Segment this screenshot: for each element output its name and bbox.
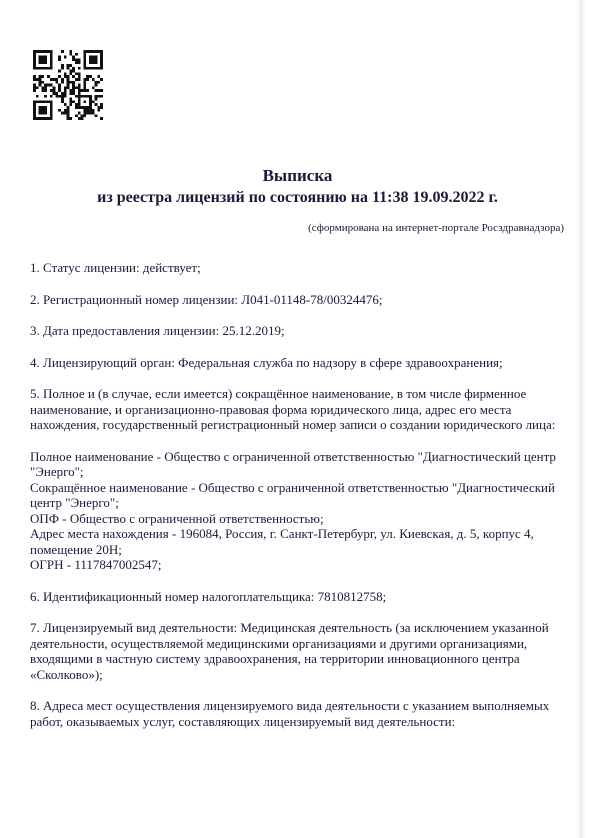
title-line-1: Выписка	[30, 165, 565, 187]
qr-code-icon	[33, 50, 103, 120]
paragraph-activity-addresses: 8. Адреса мест осуществления лицензируем…	[30, 698, 588, 729]
paragraph-entity-names-intro: 5. Полное и (в случае, если имеется) сок…	[30, 386, 588, 433]
paragraph-status: 1. Статус лицензии: действует;	[30, 260, 588, 276]
paragraph-taxpayer-number: 6. Идентификационный номер налогоплатель…	[30, 589, 588, 605]
title-line-2: из реестра лицензий по состоянию на 11:3…	[30, 187, 565, 209]
paragraph-registration-number: 2. Регистрационный номер лицензии: Л041-…	[30, 292, 588, 308]
document-subtitle: (сформирована на интернет-портале Росздр…	[30, 221, 564, 235]
paragraph-grant-date: 3. Дата предоставления лицензии: 25.12.2…	[30, 323, 588, 339]
document-title: Выписка из реестра лицензий по состоянию…	[30, 165, 565, 209]
paragraph-entity-details: Полное наименование - Общество с огранич…	[30, 449, 588, 573]
document-body: 1. Статус лицензии: действует; 2. Регист…	[30, 260, 588, 745]
license-extract-page: Выписка из реестра лицензий по состоянию…	[0, 0, 592, 838]
paragraph-licensed-activity: 7. Лицензируемый вид деятельности: Медиц…	[30, 620, 588, 682]
paragraph-licensing-authority: 4. Лицензирующий орган: Федеральная служ…	[30, 355, 588, 371]
